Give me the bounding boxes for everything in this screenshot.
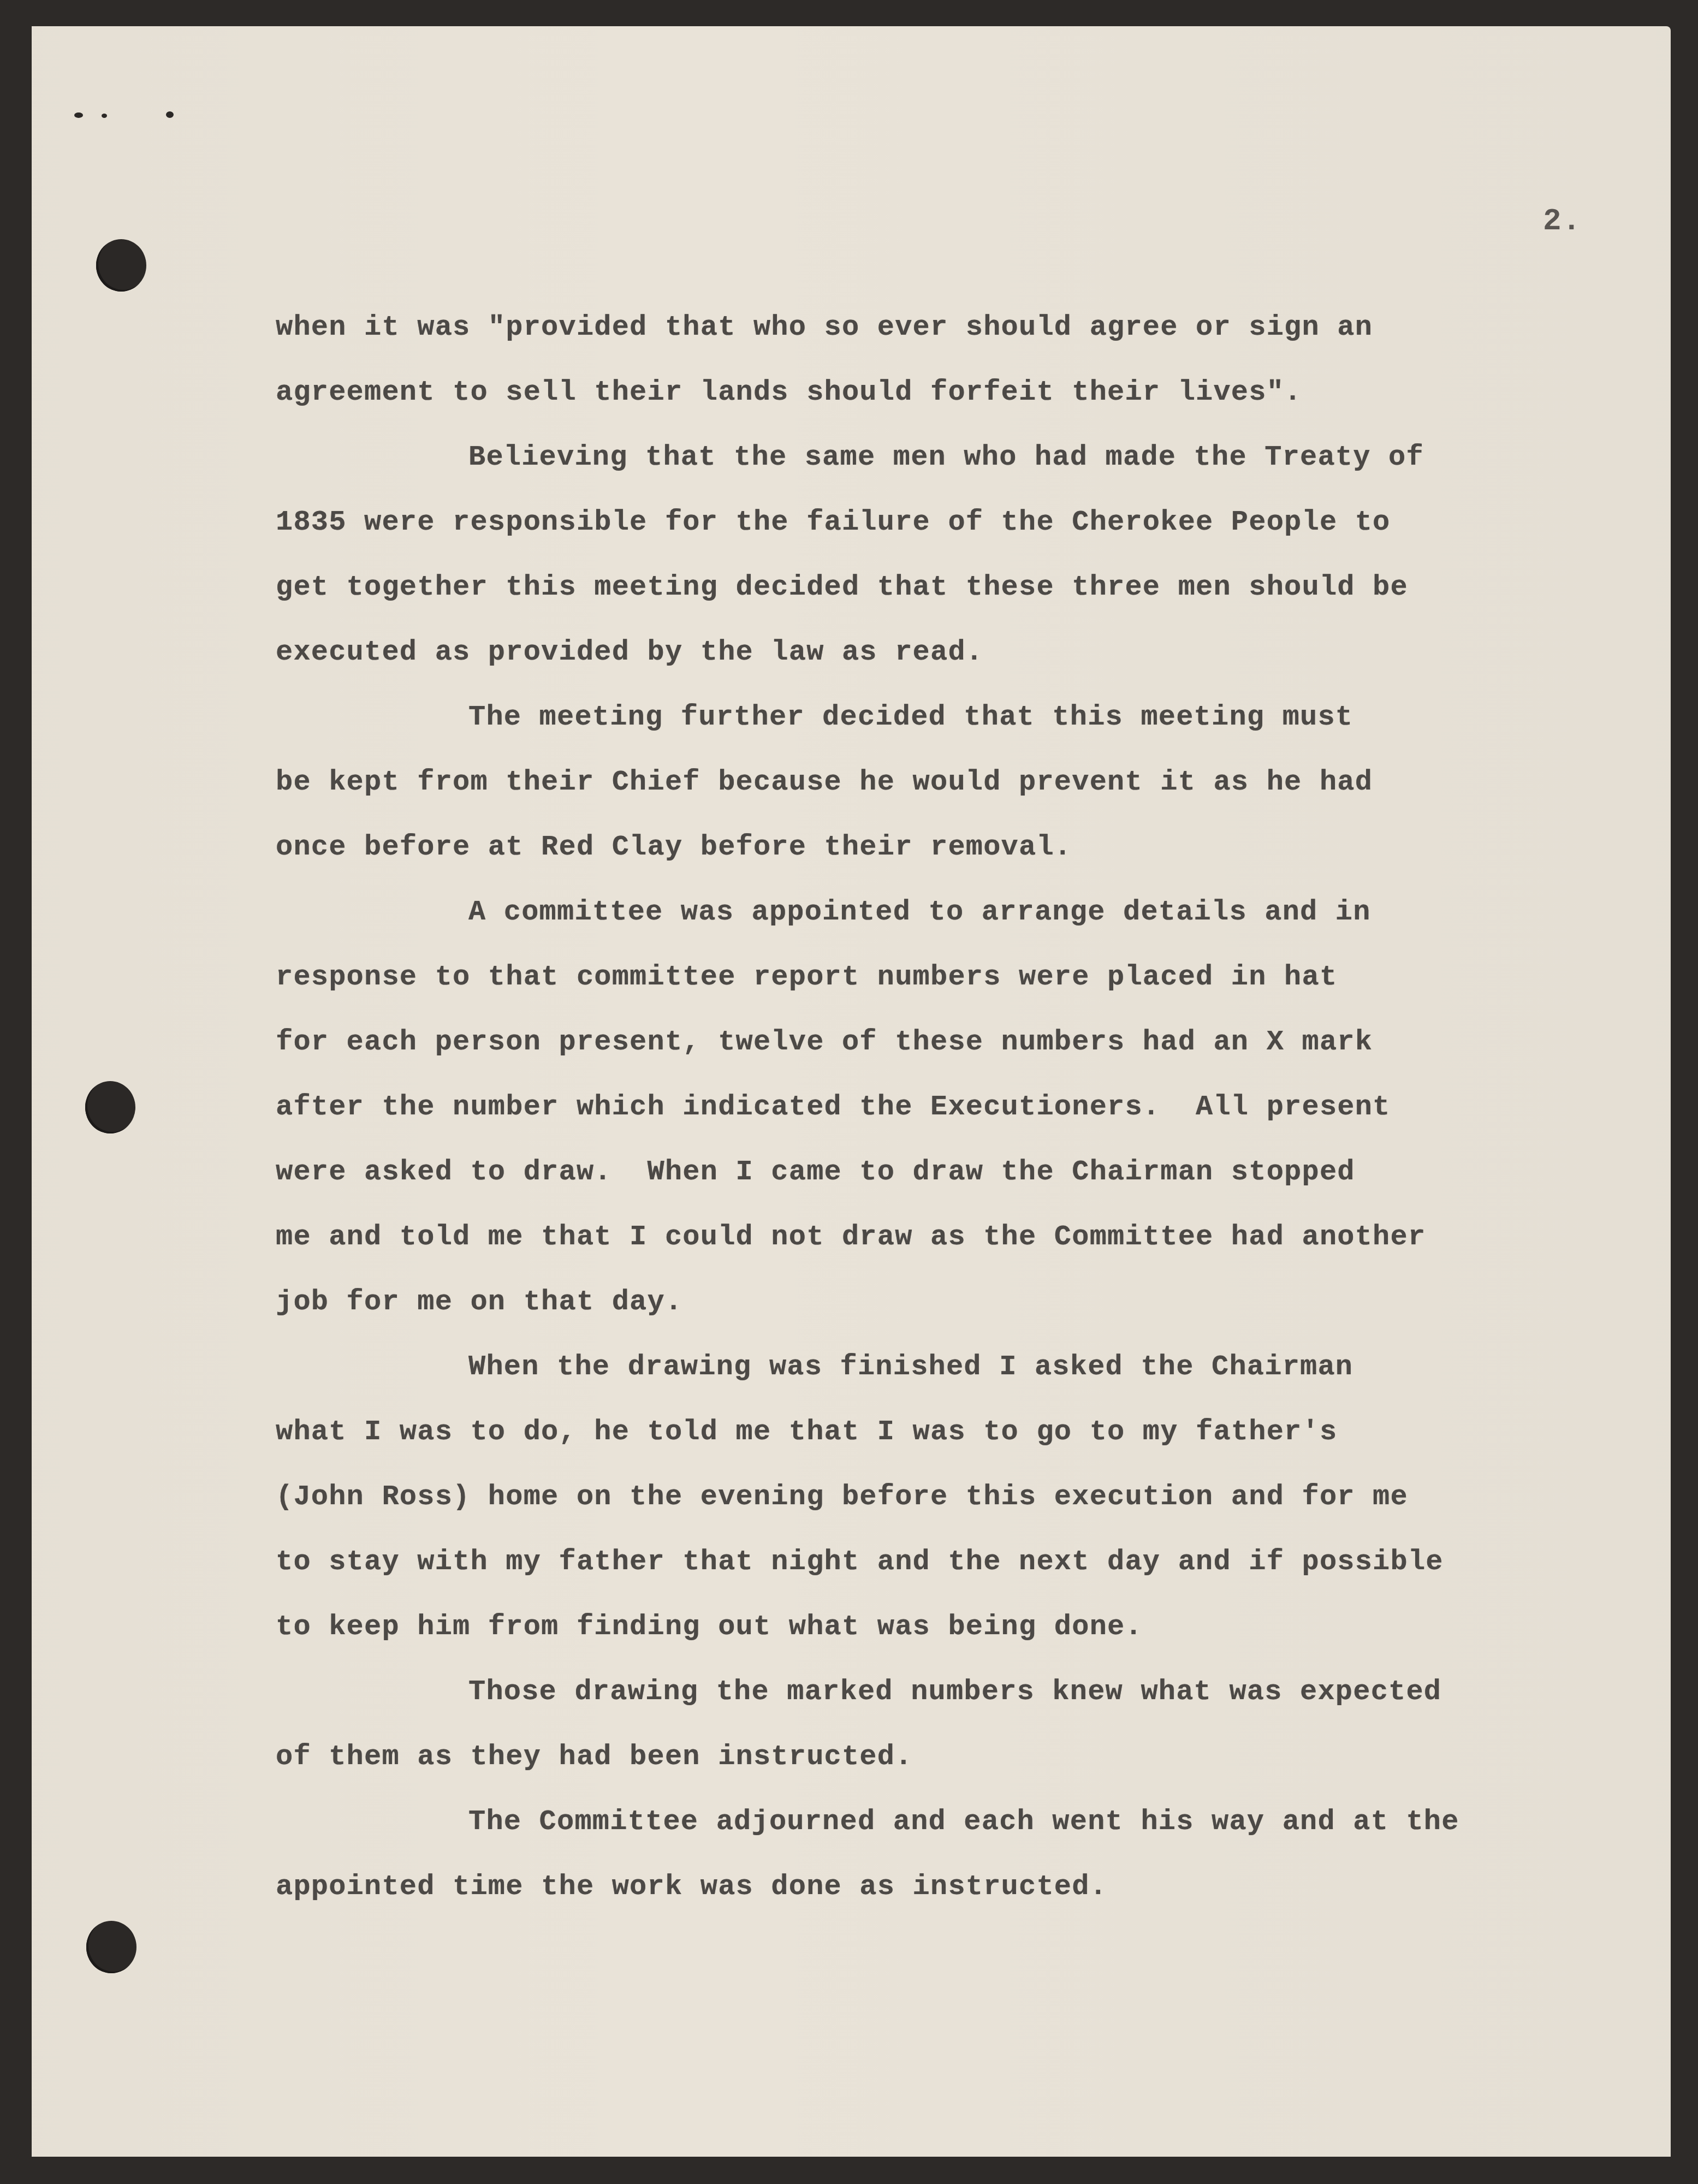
text-line: (John Ross) home on the evening before t… [276,1475,1586,1540]
binder-hole-middle [85,1081,135,1133]
text-line: be kept from their Chief because he woul… [276,761,1586,826]
text-line: after the number which indicated the Exe… [276,1085,1586,1150]
text-line: The Committee adjourned and each went hi… [276,1800,1586,1865]
text-line: of them as they had been instructed. [276,1735,1586,1800]
text-line: job for me on that day. [276,1280,1586,1345]
text-line: response to that committee report number… [276,956,1586,1020]
text-line: Those drawing the marked numbers knew wh… [276,1670,1586,1735]
text-line: executed as provided by the law as read. [276,631,1586,696]
binder-hole-bottom [86,1921,136,1973]
text-line: once before at Red Clay before their rem… [276,826,1586,891]
pin-hole-mark [102,114,107,118]
binder-hole-top [96,239,146,292]
text-line: appointed time the work was done as inst… [276,1865,1586,1930]
text-line: for each person present, twelve of these… [276,1020,1586,1085]
document-body: when it was "provided that who so ever s… [276,306,1586,1930]
text-line: what I was to do, he told me that I was … [276,1410,1586,1475]
text-line: A committee was appointed to arrange det… [276,891,1586,956]
text-line: were asked to draw. When I came to draw … [276,1150,1586,1215]
text-line: Believing that the same men who had made… [276,436,1586,501]
page-number: 2. [1543,204,1582,239]
text-line: The meeting further decided that this me… [276,696,1586,761]
text-line: when it was "provided that who so ever s… [276,306,1586,371]
text-line: 1835 were responsible for the failure of… [276,501,1586,566]
text-line: When the drawing was finished I asked th… [276,1345,1586,1410]
text-line: me and told me that I could not draw as … [276,1215,1586,1280]
pin-hole-mark [74,112,83,118]
text-line: to stay with my father that night and th… [276,1540,1586,1605]
text-line: to keep him from finding out what was be… [276,1605,1586,1670]
pin-hole-mark [166,111,174,118]
text-line: get together this meeting decided that t… [276,566,1586,631]
text-line: agreement to sell their lands should for… [276,371,1586,436]
